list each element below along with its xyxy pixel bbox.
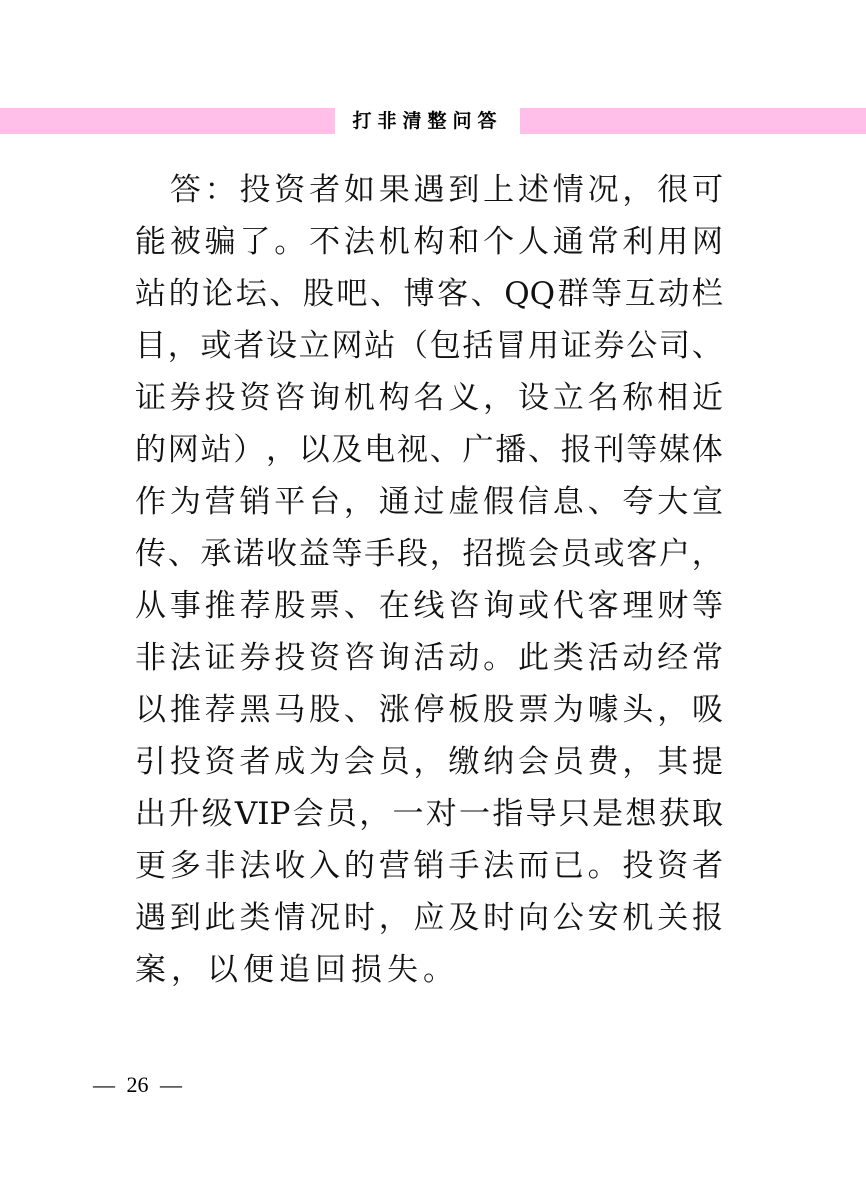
text-glyph: 常 xyxy=(692,636,723,688)
text-glyph: 此 xyxy=(518,636,549,688)
text-glyph: 不 xyxy=(309,220,340,272)
text-glyph: 括 xyxy=(463,324,494,376)
text-glyph: 股 xyxy=(303,272,334,324)
text-glyph: 名 xyxy=(414,376,445,428)
text-glyph: 事 xyxy=(170,584,201,636)
text-glyph: 会 xyxy=(293,792,324,844)
text-glyph: ， xyxy=(414,740,445,792)
text-glyph: 追 xyxy=(279,948,315,1000)
text-glyph: 、 xyxy=(471,272,502,324)
text-glyph: 网 xyxy=(168,428,199,480)
text-glyph: 户 xyxy=(659,532,690,584)
text-glyph: 者 xyxy=(233,324,264,376)
text-glyph: 咨 xyxy=(344,636,375,688)
text-glyph: ， xyxy=(344,480,375,532)
text-glyph: ， xyxy=(168,324,199,376)
text-glyph: 假 xyxy=(483,480,514,532)
answer-paragraph: 答：投资者如果遇到上述情况，很可 能被骗了。不法机构和个人通常利用网 站的论坛、… xyxy=(135,168,735,1000)
text-glyph: 券 xyxy=(239,636,270,688)
text-glyph: 出 xyxy=(135,792,166,844)
text-glyph: 等 xyxy=(626,428,657,480)
text-glyph: 纳 xyxy=(483,740,514,792)
text-glyph: VIP xyxy=(235,792,291,844)
text-glyph: 遇 xyxy=(135,896,166,948)
text-glyph: 对 xyxy=(426,792,457,844)
text-glyph: 一 xyxy=(392,792,423,844)
text-glyph: 级 xyxy=(202,792,233,844)
text-glyph: 员 xyxy=(561,532,592,584)
text-glyph: 资 xyxy=(205,740,236,792)
text-glyph: 体 xyxy=(692,428,723,480)
text-glyph: 答 xyxy=(170,168,201,220)
text-glyph: 时 xyxy=(344,896,375,948)
text-glyph: 缴 xyxy=(448,740,479,792)
text-glyph: ， xyxy=(657,688,688,740)
text-glyph: 等 xyxy=(591,272,622,324)
text-glyph: 的 xyxy=(344,844,375,896)
text-glyph: 。 xyxy=(274,220,305,272)
header-band-right xyxy=(520,108,866,134)
text-glyph: 骗 xyxy=(205,220,236,272)
text-glyph: ， xyxy=(379,896,410,948)
text-glyph: 获 xyxy=(659,792,690,844)
text-glyph: 报 xyxy=(692,896,723,948)
text-glyph: 咨 xyxy=(274,376,305,428)
text-glyph: 虚 xyxy=(448,480,479,532)
text-glyph: 证 xyxy=(561,324,592,376)
text-line: 目，或者设立网站（包括冒用证券公司、 xyxy=(135,324,723,376)
text-glyph: 应 xyxy=(414,896,445,948)
text-glyph: 是 xyxy=(592,792,623,844)
text-glyph: 站 xyxy=(135,272,166,324)
text-line: 以推荐黑马股、涨停板股票为噱头，吸 xyxy=(135,688,723,740)
text-glyph: 吧 xyxy=(336,272,367,324)
text-glyph: 员 xyxy=(553,740,584,792)
text-line: 答：投资者如果遇到上述情况，很可 xyxy=(135,168,723,220)
text-glyph: 想 xyxy=(625,792,656,844)
text-glyph xyxy=(135,168,166,220)
text-glyph: 涨 xyxy=(379,688,410,740)
text-glyph: 博 xyxy=(404,272,435,324)
text-glyph: 台 xyxy=(309,480,340,532)
text-glyph: 承 xyxy=(201,532,232,584)
text-glyph: ， xyxy=(266,428,297,480)
text-glyph: 、 xyxy=(168,532,199,584)
text-glyph: 人 xyxy=(518,220,549,272)
text-glyph: 况 xyxy=(588,168,619,220)
text-glyph: 询 xyxy=(309,376,340,428)
text-line: 证券投资咨询机构名义，设立名称相近 xyxy=(135,376,723,428)
text-glyph: 视 xyxy=(397,428,428,480)
text-glyph: 刊 xyxy=(594,428,625,480)
text-glyph: 司 xyxy=(659,324,690,376)
text-glyph: 构 xyxy=(414,220,445,272)
text-glyph: 马 xyxy=(274,688,305,740)
text-line: 更多非法收入的营销手法而已。投资者 xyxy=(135,844,723,896)
text-glyph: 失 xyxy=(387,948,423,1000)
text-glyph: 情 xyxy=(274,896,305,948)
text-glyph: 及 xyxy=(332,428,363,480)
text-glyph: 机 xyxy=(344,376,375,428)
text-glyph: 资 xyxy=(274,168,305,220)
text-line: 的网站），以及电视、广播、报刊等媒体 xyxy=(135,428,723,480)
text-glyph: 机 xyxy=(379,220,410,272)
text-glyph: 指 xyxy=(492,792,523,844)
text-glyph: 冒 xyxy=(495,324,526,376)
text-glyph: 近 xyxy=(692,376,723,428)
text-glyph: 、 xyxy=(344,584,375,636)
text-glyph: 损 xyxy=(351,948,387,1000)
text-glyph: 动 xyxy=(658,272,689,324)
text-glyph: 理 xyxy=(622,584,653,636)
text-glyph: 手 xyxy=(448,844,479,896)
text-glyph: ， xyxy=(483,376,514,428)
text-glyph: 从 xyxy=(135,584,166,636)
text-glyph: 到 xyxy=(448,168,479,220)
text-glyph: 。 xyxy=(423,948,459,1000)
text-glyph: 栏 xyxy=(692,272,723,324)
text-glyph: 立 xyxy=(299,324,330,376)
text-glyph: 升 xyxy=(168,792,199,844)
text-glyph: 证 xyxy=(205,636,236,688)
text-glyph: 投 xyxy=(274,636,305,688)
text-glyph: ， xyxy=(692,532,723,584)
text-glyph: 等 xyxy=(692,584,723,636)
text-glyph: 只 xyxy=(559,792,590,844)
text-glyph: 股 xyxy=(483,688,514,740)
text-glyph: 吸 xyxy=(692,688,723,740)
text-glyph: 咨 xyxy=(448,584,479,636)
text-glyph: 动 xyxy=(622,636,653,688)
text-glyph: 大 xyxy=(657,480,688,532)
text-glyph: 黑 xyxy=(239,688,270,740)
text-glyph: 收 xyxy=(274,844,305,896)
text-glyph: 息 xyxy=(553,480,584,532)
text-glyph: ， xyxy=(171,948,207,1000)
text-glyph: 此 xyxy=(205,896,236,948)
text-glyph: 通 xyxy=(379,480,410,532)
text-glyph: 以 xyxy=(207,948,243,1000)
text-glyph: 论 xyxy=(202,272,233,324)
text-glyph: 构 xyxy=(379,376,410,428)
text-glyph: 情 xyxy=(553,168,584,220)
text-glyph: 投 xyxy=(205,376,236,428)
text-glyph: 的 xyxy=(135,428,166,480)
text-glyph: 成 xyxy=(274,740,305,792)
text-glyph: 作 xyxy=(135,480,166,532)
text-glyph: 关 xyxy=(657,896,688,948)
text-glyph: 类 xyxy=(553,636,584,688)
text-glyph: 段 xyxy=(397,532,428,584)
text-glyph: 传 xyxy=(135,532,166,584)
text-glyph: 用 xyxy=(528,324,559,376)
text-line: 非法证券投资咨询活动。此类活动经常 xyxy=(135,636,723,688)
text-glyph: 者 xyxy=(309,168,340,220)
text-glyph: 公 xyxy=(626,324,657,376)
text-glyph: 、 xyxy=(430,428,461,480)
text-glyph: 非 xyxy=(205,844,236,896)
text-glyph: 上 xyxy=(483,168,514,220)
text-glyph: 会 xyxy=(528,532,559,584)
text-glyph: 用 xyxy=(657,220,688,272)
text-glyph: 宣 xyxy=(692,480,723,532)
text-glyph: 、 xyxy=(692,324,723,376)
text-glyph: 网 xyxy=(332,324,363,376)
text-glyph: 股 xyxy=(274,584,305,636)
text-glyph: 益 xyxy=(299,532,330,584)
text-glyph: 名 xyxy=(588,376,619,428)
text-glyph: ， xyxy=(622,168,653,220)
text-glyph: 板 xyxy=(448,688,479,740)
text-glyph: 能 xyxy=(135,220,166,272)
text-glyph: 推 xyxy=(205,584,236,636)
text-glyph: 员 xyxy=(379,740,410,792)
text-glyph: ） xyxy=(233,428,264,480)
text-glyph: 利 xyxy=(622,220,653,272)
text-glyph: 会 xyxy=(518,740,549,792)
text-glyph: 营 xyxy=(379,844,410,896)
text-glyph: 及 xyxy=(448,896,479,948)
text-glyph: 非 xyxy=(135,636,166,688)
text-glyph: 揽 xyxy=(495,532,526,584)
text-glyph: 多 xyxy=(170,844,201,896)
text-glyph: 其 xyxy=(657,740,688,792)
header-band-left xyxy=(0,108,335,134)
text-line: 案，以便追回损失。 xyxy=(135,948,723,1000)
text-glyph: 在 xyxy=(379,584,410,636)
text-glyph: 客 xyxy=(588,584,619,636)
text-glyph: ， xyxy=(430,532,461,584)
text-glyph: 站 xyxy=(364,324,395,376)
text-glyph: 或 xyxy=(201,324,232,376)
text-line: 作为营销平台，通过虚假信息、夸大宣 xyxy=(135,480,723,532)
text-glyph: 播 xyxy=(495,428,526,480)
text-glyph: 收 xyxy=(266,532,297,584)
text-glyph: ， xyxy=(622,740,653,792)
text-glyph: 很 xyxy=(657,168,688,220)
text-glyph: 询 xyxy=(379,636,410,688)
text-glyph: 活 xyxy=(414,636,445,688)
text-line: 引投资者成为会员，缴纳会员费，其提 xyxy=(135,740,723,792)
text-glyph: QQ xyxy=(504,272,555,324)
text-glyph: 和 xyxy=(448,220,479,272)
text-glyph: 站 xyxy=(201,428,232,480)
text-glyph: 手 xyxy=(364,532,395,584)
text-glyph: 销 xyxy=(239,480,270,532)
text-glyph: 引 xyxy=(135,740,166,792)
text-glyph: 噱 xyxy=(588,688,619,740)
text-glyph: 的 xyxy=(169,272,200,324)
text-glyph: 一 xyxy=(459,792,490,844)
text-glyph: 或 xyxy=(594,532,625,584)
text-glyph: 法 xyxy=(170,636,201,688)
text-glyph: 如 xyxy=(344,168,375,220)
text-glyph: 询 xyxy=(483,584,514,636)
text-glyph: 停 xyxy=(414,688,445,740)
running-header-title: 打非清整问答 xyxy=(335,106,520,136)
text-glyph: 资 xyxy=(239,376,270,428)
text-glyph: 销 xyxy=(414,844,445,896)
text-glyph: 费 xyxy=(588,740,619,792)
text-glyph: 员 xyxy=(326,792,357,844)
text-glyph: ： xyxy=(205,168,236,220)
text-glyph: 时 xyxy=(483,896,514,948)
text-glyph: ， xyxy=(359,792,390,844)
text-glyph: 、 xyxy=(528,428,559,480)
text-glyph: 平 xyxy=(274,480,305,532)
text-glyph: 投 xyxy=(622,844,653,896)
text-glyph: 可 xyxy=(692,168,723,220)
text-glyph: （ xyxy=(397,324,428,376)
text-glyph: 头 xyxy=(622,688,653,740)
text-glyph: 荐 xyxy=(239,584,270,636)
text-glyph: 更 xyxy=(135,844,166,896)
text-glyph: 取 xyxy=(692,792,723,844)
text-glyph: 。 xyxy=(588,844,619,896)
text-glyph: 电 xyxy=(364,428,395,480)
text-glyph: 动 xyxy=(448,636,479,688)
text-glyph: 设 xyxy=(266,324,297,376)
text-glyph: 网 xyxy=(692,220,723,272)
text-glyph: 财 xyxy=(657,584,688,636)
text-glyph: 入 xyxy=(309,844,340,896)
text-glyph: 立 xyxy=(553,376,584,428)
text-glyph: 设 xyxy=(518,376,549,428)
text-glyph: 已 xyxy=(553,844,584,896)
text-glyph: 、 xyxy=(269,272,300,324)
text-glyph: 法 xyxy=(344,220,375,272)
text-line: 遇到此类情况时，应及时向公安机关报 xyxy=(135,896,723,948)
text-glyph: 、 xyxy=(588,480,619,532)
text-glyph: 遇 xyxy=(414,168,445,220)
text-glyph: 称 xyxy=(622,376,653,428)
text-glyph: 回 xyxy=(315,948,351,1000)
text-glyph: 包 xyxy=(430,324,461,376)
text-glyph: 信 xyxy=(518,480,549,532)
text-glyph: 导 xyxy=(526,792,557,844)
text-glyph: 证 xyxy=(135,376,166,428)
text-glyph: 况 xyxy=(309,896,340,948)
text-glyph: 便 xyxy=(243,948,279,1000)
text-glyph: 经 xyxy=(657,636,688,688)
text-line: 出升级VIP会员，一对一指导只是想获取 xyxy=(135,792,723,844)
text-glyph: 安 xyxy=(588,896,619,948)
text-glyph: 或 xyxy=(518,584,549,636)
text-glyph: 通 xyxy=(553,220,584,272)
text-glyph: 夸 xyxy=(622,480,653,532)
text-glyph: 机 xyxy=(622,896,653,948)
text-glyph: 招 xyxy=(463,532,494,584)
text-glyph: 为 xyxy=(553,688,584,740)
text-glyph: 目 xyxy=(135,324,166,376)
text-glyph: 媒 xyxy=(659,428,690,480)
text-line: 站的论坛、股吧、博客、QQ群等互动栏 xyxy=(135,272,723,324)
text-line: 传、承诺收益等手段，招揽会员或客户， xyxy=(135,532,723,584)
text-glyph: 而 xyxy=(518,844,549,896)
text-glyph: 票 xyxy=(518,688,549,740)
text-glyph: 法 xyxy=(239,844,270,896)
text-glyph: 果 xyxy=(379,168,410,220)
text-glyph: 以 xyxy=(299,428,330,480)
text-glyph: 向 xyxy=(518,896,549,948)
text-glyph: 群 xyxy=(558,272,589,324)
text-glyph: 常 xyxy=(588,220,619,272)
text-glyph: 到 xyxy=(170,896,201,948)
text-glyph: 广 xyxy=(463,428,494,480)
text-glyph: 公 xyxy=(553,896,584,948)
text-glyph: 股 xyxy=(309,688,340,740)
text-glyph: 等 xyxy=(332,532,363,584)
text-glyph: 诺 xyxy=(233,532,264,584)
text-glyph: 了 xyxy=(239,220,270,272)
text-glyph: 被 xyxy=(170,220,201,272)
text-glyph: 客 xyxy=(437,272,468,324)
text-glyph: 。 xyxy=(483,636,514,688)
text-glyph: 个 xyxy=(483,220,514,272)
text-glyph: 资 xyxy=(657,844,688,896)
text-glyph: 过 xyxy=(414,480,445,532)
text-glyph: 票 xyxy=(309,584,340,636)
text-glyph: 者 xyxy=(239,740,270,792)
text-glyph: 投 xyxy=(170,740,201,792)
text-glyph: 客 xyxy=(626,532,657,584)
text-glyph: 法 xyxy=(483,844,514,896)
text-glyph: 资 xyxy=(309,636,340,688)
text-glyph: 义 xyxy=(448,376,479,428)
page-number: — 26 — xyxy=(93,1072,182,1098)
text-glyph: 报 xyxy=(561,428,592,480)
text-glyph: 线 xyxy=(414,584,445,636)
text-glyph: 券 xyxy=(594,324,625,376)
text-glyph: 投 xyxy=(239,168,270,220)
text-glyph: 述 xyxy=(518,168,549,220)
text-glyph: 荐 xyxy=(205,688,236,740)
text-glyph: 相 xyxy=(657,376,688,428)
text-glyph: 类 xyxy=(239,896,270,948)
text-glyph: 推 xyxy=(170,688,201,740)
text-glyph: 活 xyxy=(588,636,619,688)
text-glyph: 以 xyxy=(135,688,166,740)
text-line: 从事推荐股票、在线咨询或代客理财等 xyxy=(135,584,723,636)
text-glyph: 案 xyxy=(135,948,171,1000)
text-glyph: 为 xyxy=(309,740,340,792)
text-glyph: 者 xyxy=(692,844,723,896)
text-glyph: 代 xyxy=(553,584,584,636)
text-glyph: 坛 xyxy=(236,272,267,324)
text-glyph: 会 xyxy=(344,740,375,792)
text-line: 能被骗了。不法机构和个人通常利用网 xyxy=(135,220,723,272)
text-glyph: 为 xyxy=(170,480,201,532)
text-glyph: 营 xyxy=(205,480,236,532)
text-glyph: 、 xyxy=(344,688,375,740)
text-glyph: 提 xyxy=(692,740,723,792)
text-glyph: 券 xyxy=(170,376,201,428)
text-glyph: 互 xyxy=(625,272,656,324)
text-glyph: 、 xyxy=(370,272,401,324)
